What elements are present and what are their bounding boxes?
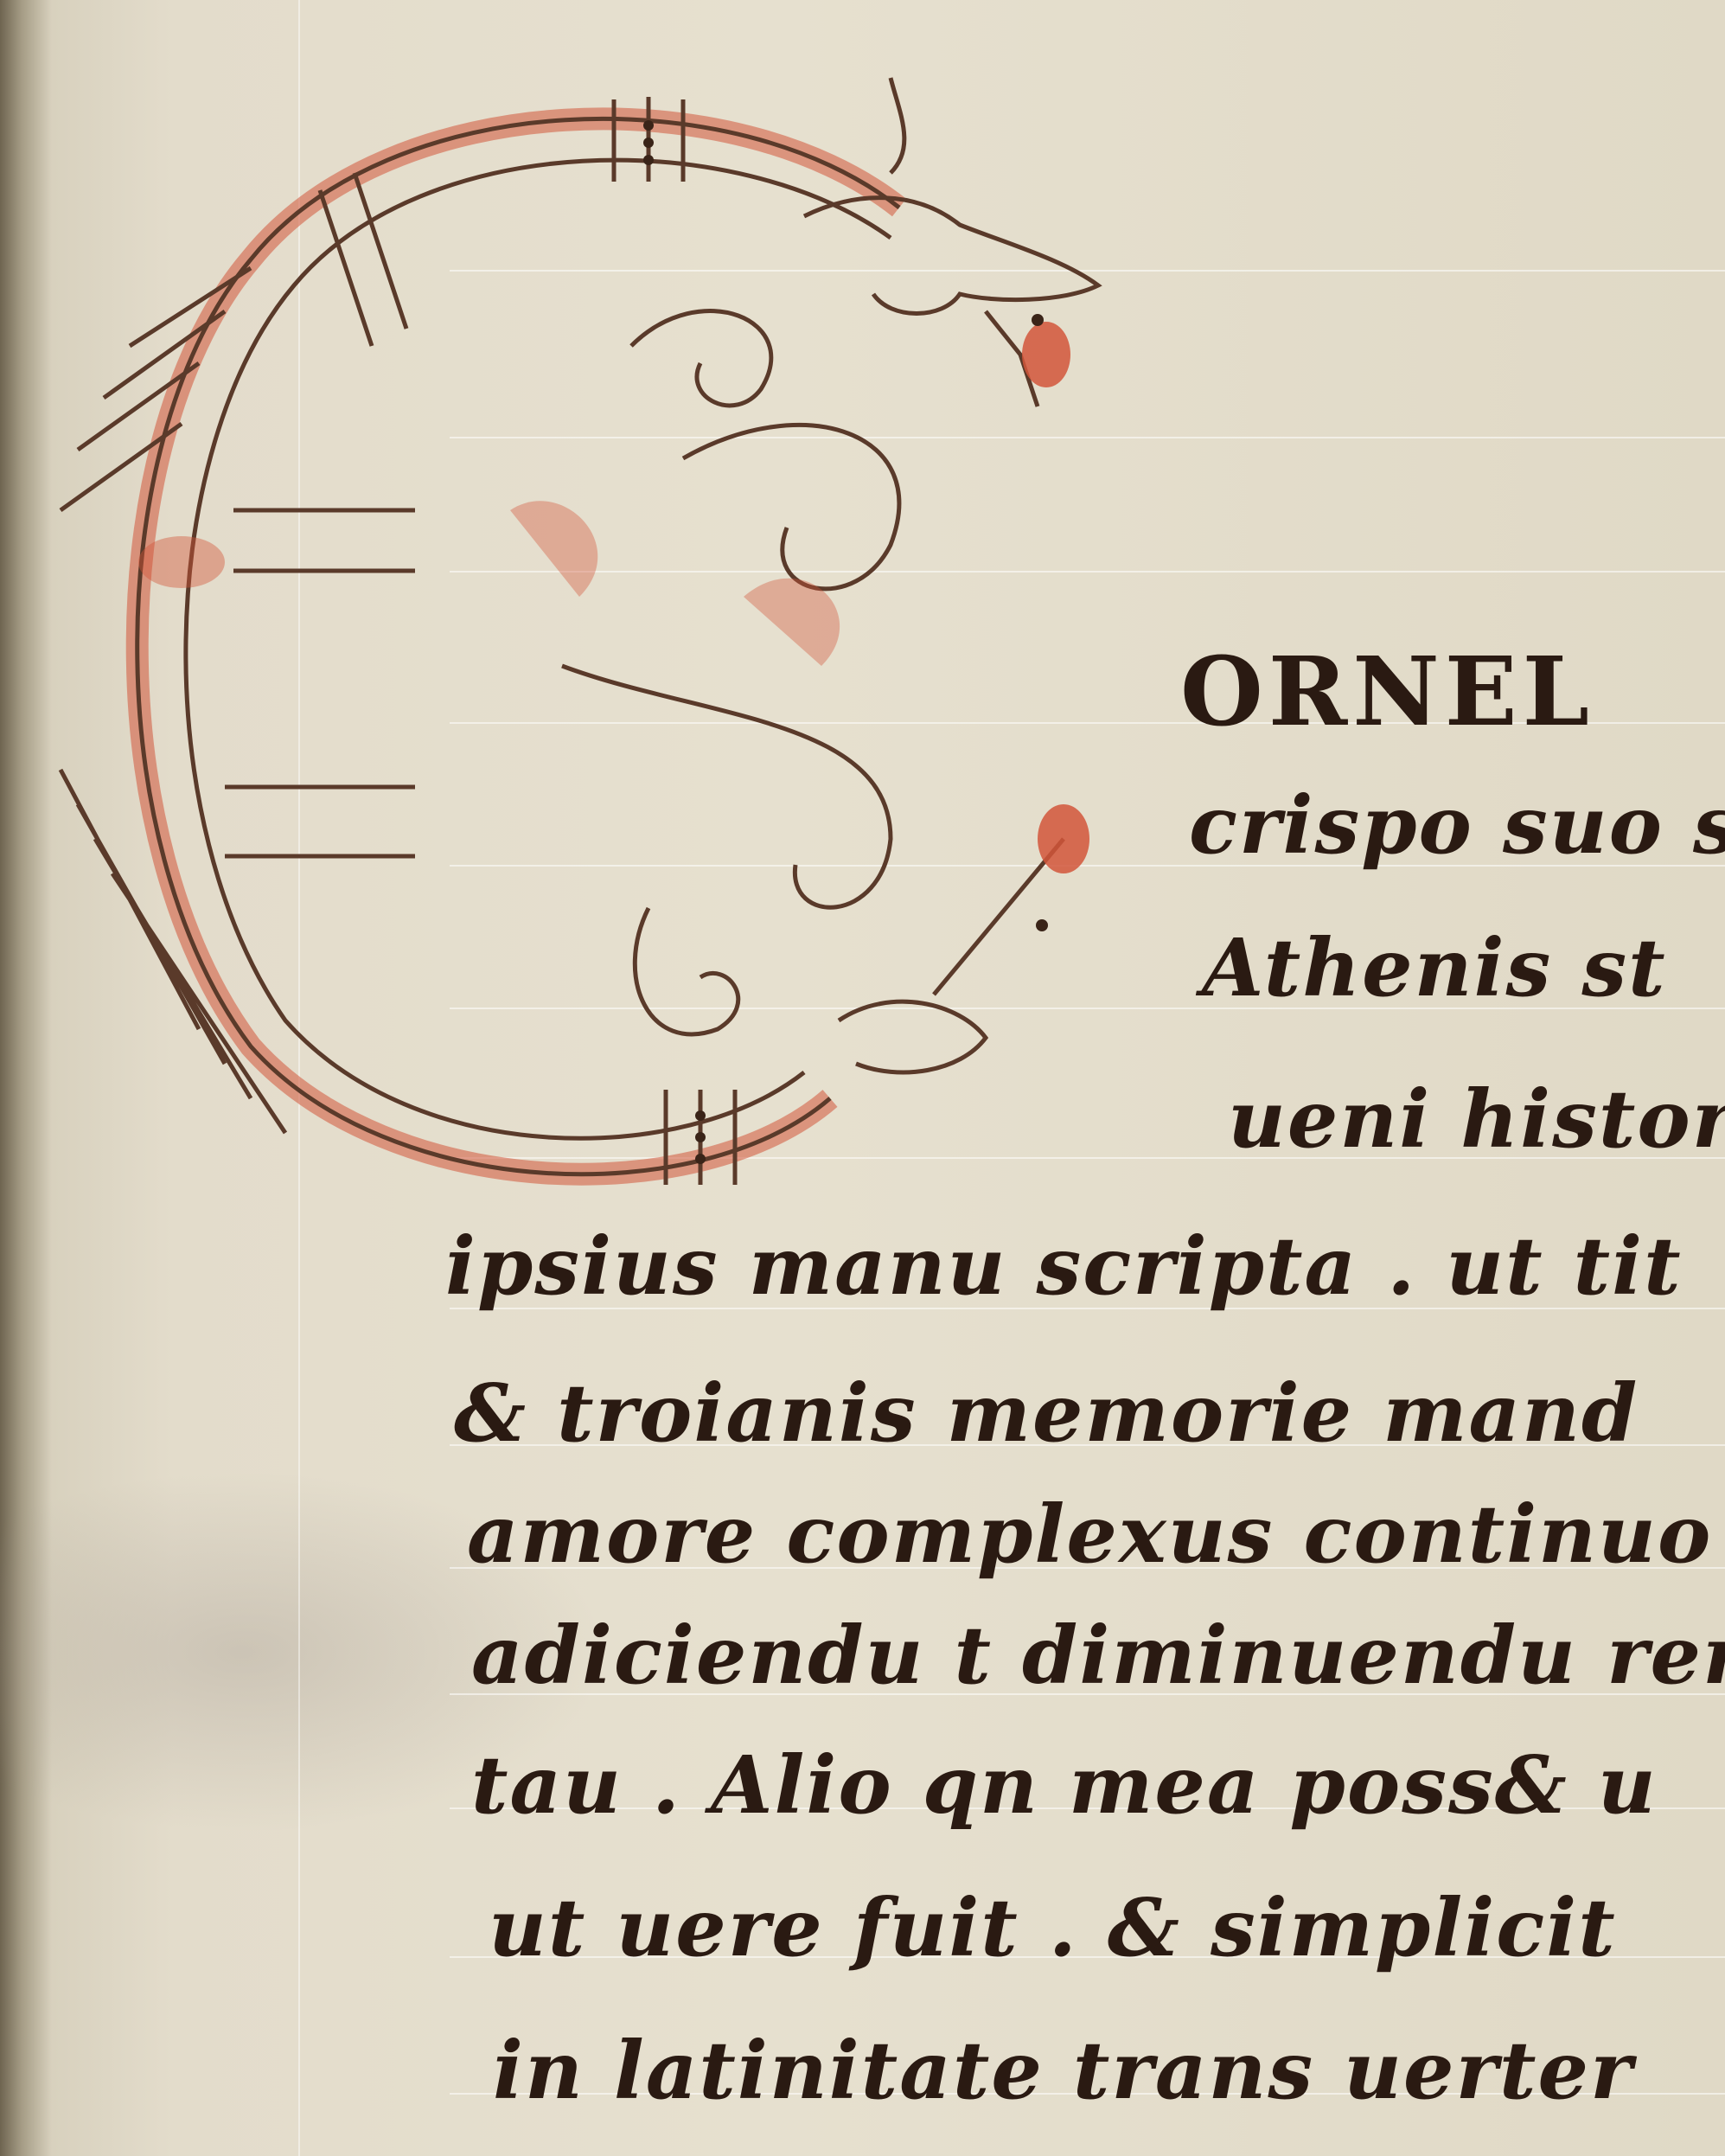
- text-line: crispo suo sa: [1189, 778, 1725, 872]
- text-line: & troianis memorie mand: [454, 1366, 1639, 1460]
- text-line: Athenis st: [1202, 921, 1667, 1014]
- text-line: adiciendu t diminuendu rer: [471, 1609, 1725, 1702]
- manuscript-page: ORNEL crispo suo sa Athenis st ueni hist…: [0, 0, 1725, 2156]
- text-line: amore complexus continuo: [467, 1487, 1712, 1581]
- text-line: ueni histor: [1228, 1072, 1725, 1166]
- text-line: ipsius manu scripta . ut tit: [445, 1219, 1683, 1313]
- illuminated-initial-c: [26, 61, 1124, 1237]
- text-line: tau . Alio qn mea poss& u: [471, 1738, 1658, 1832]
- text-line: ut uere fuit . & simplicit: [489, 1881, 1617, 1974]
- heading-text: ORNEL: [1180, 636, 1594, 747]
- text-line: in latinitate trans uerter: [493, 2024, 1634, 2117]
